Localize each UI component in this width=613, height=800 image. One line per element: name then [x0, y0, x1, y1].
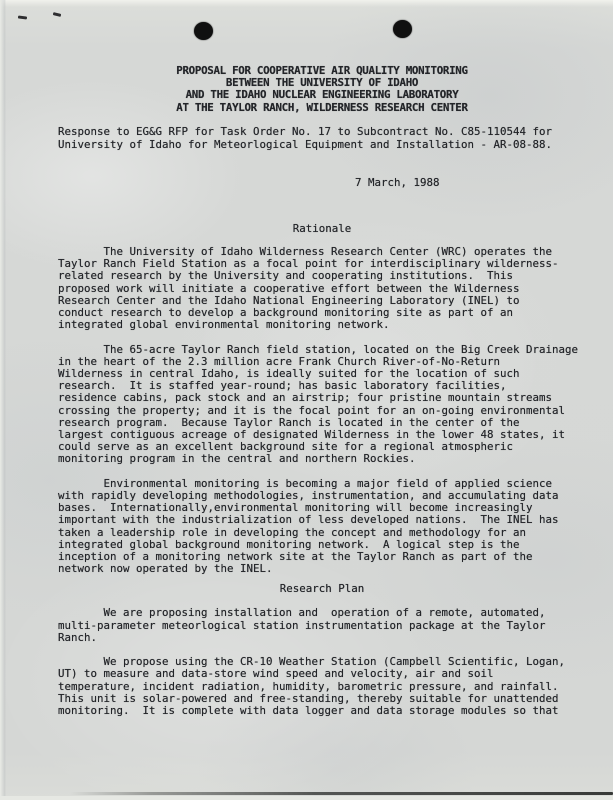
document-date: 7 March, 1988 — [58, 177, 586, 189]
paper-left-edge — [0, 0, 6, 800]
document-content: PROPOSAL FOR COOPERATIVE AIR QUALITY MON… — [58, 0, 586, 717]
paragraph-rationale-2: The 65-acre Taylor Ranch field station, … — [58, 344, 586, 466]
rfp-reference-text: Response to EG&G RFP for Task Order No. … — [58, 126, 586, 150]
paragraph-research-plan-1: We are proposing installation and operat… — [58, 607, 586, 644]
scan-artifact-line — [70, 792, 613, 795]
pen-mark — [18, 15, 27, 19]
paragraph-rationale-1: The University of Idaho Wilderness Resea… — [58, 246, 586, 331]
section-heading-research-plan: Research Plan — [58, 583, 586, 595]
paper-bottom-edge — [0, 796, 613, 800]
document-title: PROPOSAL FOR COOPERATIVE AIR QUALITY MON… — [58, 65, 586, 114]
section-heading-rationale: Rationale — [58, 223, 586, 235]
scanned-document-page: PROPOSAL FOR COOPERATIVE AIR QUALITY MON… — [0, 0, 613, 800]
paragraph-rationale-3: Environmental monitoring is becoming a m… — [58, 478, 586, 576]
paragraph-research-plan-2: We propose using the CR-10 Weather Stati… — [58, 656, 586, 717]
